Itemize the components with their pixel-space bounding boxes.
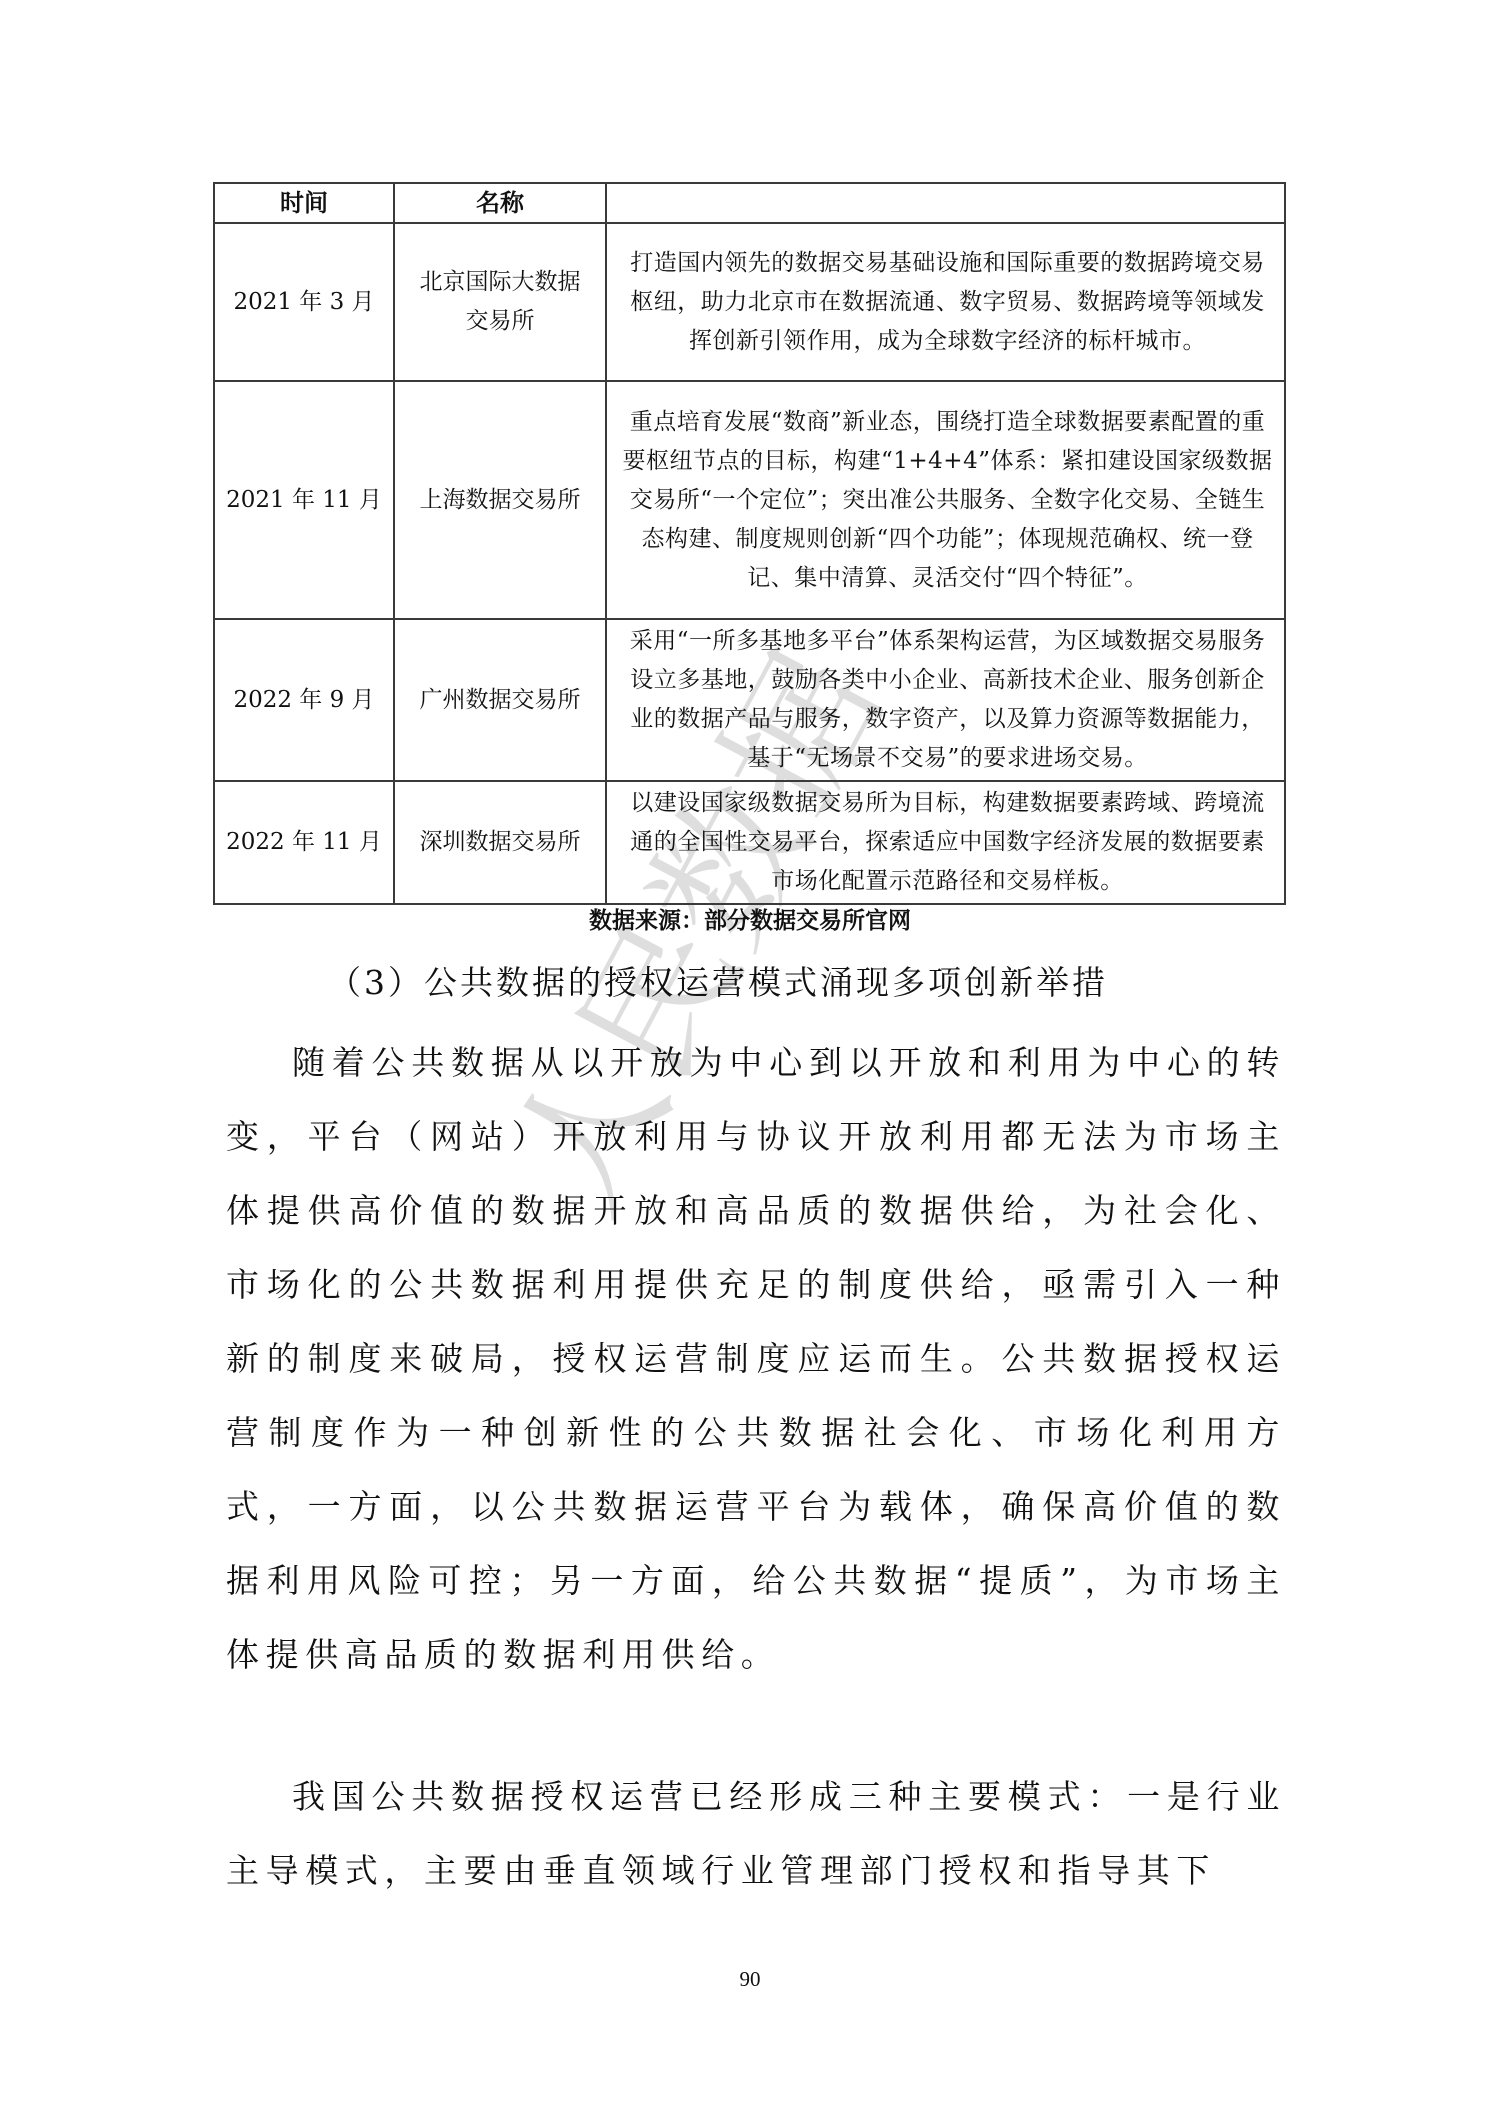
table-row: 2022 年 9 月 广州数据交易所 采用“一所多基地多平台”体系架构运营，为区… — [214, 619, 1285, 781]
table-row: 2021 年 11 月 上海数据交易所 重点培育发展“数商”新业态，围绕打造全球… — [214, 381, 1285, 619]
row-description: 以建设国家级数据交易所为目标，构建数据要素跨域、跨境流通的全国性交易平台，探索适… — [606, 781, 1285, 904]
header-time: 时间 — [214, 183, 394, 223]
data-exchange-table: 时间 名称 2021 年 3 月 北京国际大数据交易所 打造国内领先的数据交易基… — [213, 182, 1286, 905]
row-description: 打造国内领先的数据交易基础设施和国际重要的数据跨境交易枢纽，助力北京市在数据流通… — [606, 223, 1285, 381]
paragraph-text: 我国公共数据授权运营已经形成三种主要模式：一是行业主导模式，主要由垂直领域行业管… — [226, 1760, 1286, 1908]
table-header-row: 时间 名称 — [214, 183, 1285, 223]
row-time: 2021 年 11 月 — [214, 381, 394, 619]
table-row: 2021 年 3 月 北京国际大数据交易所 打造国内领先的数据交易基础设施和国际… — [214, 223, 1285, 381]
row-time: 2022 年 11 月 — [214, 781, 394, 904]
document-page: 人民数据 时间 名称 2021 年 3 月 北京国际大数据交易所 打造国内领先的… — [0, 0, 1500, 2121]
row-name: 广州数据交易所 — [394, 619, 606, 781]
row-time: 2022 年 9 月 — [214, 619, 394, 781]
row-name: 深圳数据交易所 — [394, 781, 606, 904]
header-name: 名称 — [394, 183, 606, 223]
header-description — [606, 183, 1285, 223]
table-source-caption: 数据来源：部分数据交易所官网 — [0, 906, 1500, 936]
row-name: 上海数据交易所 — [394, 381, 606, 619]
table-row: 2022 年 11 月 深圳数据交易所 以建设国家级数据交易所为目标，构建数据要… — [214, 781, 1285, 904]
paragraph-text: 随着公共数据从以开放为中心到以开放和利用为中心的转变，平台（网站）开放利用与协议… — [226, 1026, 1286, 1692]
row-description: 采用“一所多基地多平台”体系架构运营，为区域数据交易服务设立多基地，鼓励各类中小… — [606, 619, 1285, 781]
section-heading: （3）公共数据的授权运营模式涌现多项创新举措 — [328, 958, 1108, 1008]
row-time: 2021 年 3 月 — [214, 223, 394, 381]
body-paragraph: 随着公共数据从以开放为中心到以开放和利用为中心的转变，平台（网站）开放利用与协议… — [226, 1026, 1286, 1692]
row-description: 重点培育发展“数商”新业态，围绕打造全球数据要素配置的重要枢纽节点的目标，构建“… — [606, 381, 1285, 619]
body-paragraph: 我国公共数据授权运营已经形成三种主要模式：一是行业主导模式，主要由垂直领域行业管… — [226, 1760, 1286, 1908]
page-number: 90 — [0, 1967, 1500, 1992]
row-name: 北京国际大数据交易所 — [394, 223, 606, 381]
